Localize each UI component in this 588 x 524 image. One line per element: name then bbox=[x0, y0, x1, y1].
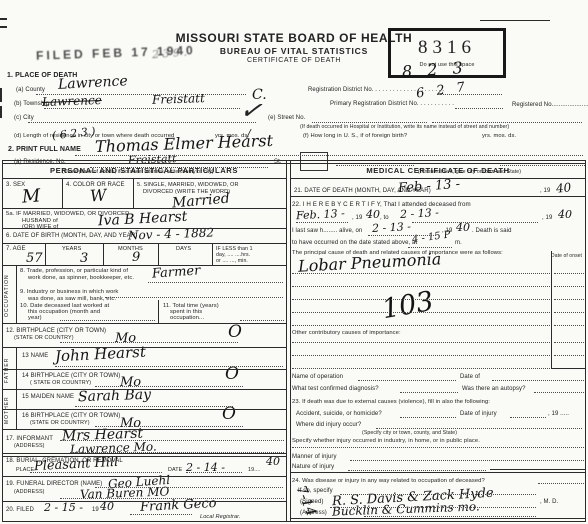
occupation-side-label: OCCUPATION bbox=[4, 272, 10, 320]
dotted-leader bbox=[432, 122, 582, 123]
dotted-leader bbox=[400, 392, 458, 393]
burial-year-value: 40 bbox=[266, 456, 280, 467]
dotted-leader bbox=[60, 440, 284, 441]
pencil-note: 2 3 9 . bbox=[152, 47, 188, 60]
mother-birthplace-label-2: (STATE OR COUNTRY) bbox=[30, 420, 90, 426]
rule-divider bbox=[551, 251, 552, 369]
dotted-leader bbox=[554, 312, 584, 313]
dotted-leader bbox=[44, 108, 240, 109]
dotted-leader bbox=[358, 380, 456, 381]
dotted-leader bbox=[350, 460, 584, 461]
dotted-leader bbox=[95, 386, 243, 387]
dotted-leader bbox=[60, 320, 155, 321]
from-year-label: , 19 bbox=[352, 215, 362, 222]
informant-address-label: (ADDRESS) bbox=[14, 443, 45, 449]
how-long-us-units: yrs. mos. ds. bbox=[482, 133, 516, 140]
full-name-value: Thomas Elmer Hearst bbox=[95, 133, 273, 155]
injury-date-label: Date of injury bbox=[460, 411, 497, 418]
rule-divider bbox=[2, 409, 287, 410]
violence-label: 23. If death was due to external causes … bbox=[292, 399, 490, 406]
primary-district-label: Primary Registration District No. . . . … bbox=[330, 101, 454, 108]
rule-divider bbox=[212, 243, 213, 265]
from-year-value: 40 bbox=[366, 209, 380, 220]
form-doc-type: CERTIFICATE OF DEATH bbox=[198, 57, 390, 65]
dotted-leader bbox=[130, 514, 192, 515]
time-of-death-value: 4 - 15 P bbox=[411, 230, 451, 245]
dotted-leader bbox=[148, 282, 283, 283]
dotted-leader bbox=[368, 235, 436, 236]
dotted-leader bbox=[364, 516, 536, 517]
rule-divider bbox=[585, 160, 586, 521]
dotted-leader bbox=[292, 447, 584, 448]
rule-divider bbox=[0, 26, 7, 28]
industry-label-2: was done, as saw mill, bank, etc. bbox=[28, 296, 116, 303]
rule-divider bbox=[2, 453, 287, 454]
dotted-leader bbox=[330, 507, 536, 508]
dotted-leader bbox=[186, 472, 242, 473]
how-long-us-label: (f) How long in U. S., if of foreign bir… bbox=[303, 133, 407, 140]
rule-divider bbox=[0, 106, 2, 118]
mother-maiden-value: Sarah Bay bbox=[78, 388, 151, 405]
rule-divider bbox=[2, 178, 287, 179]
attended-from-value: Feb. 13 - bbox=[296, 208, 345, 222]
dotted-leader bbox=[340, 494, 536, 495]
dotted-leader bbox=[292, 325, 550, 326]
m-label: m. bbox=[455, 240, 462, 247]
last-saw-label: I last saw h........ alive, on bbox=[292, 228, 362, 235]
rule-divider bbox=[286, 160, 287, 521]
age-days-label: DAYS bbox=[176, 246, 191, 253]
autopsy-label: Was there an autopsy? bbox=[462, 386, 526, 393]
rule-divider bbox=[16, 389, 17, 429]
death-said-label: . Death is said bbox=[472, 228, 512, 235]
rule-divider bbox=[16, 347, 17, 389]
funeral-director-address-label: (ADDRESS) bbox=[14, 489, 45, 495]
filed-date-value: 2 - 15 - bbox=[44, 502, 83, 513]
rule-divider bbox=[0, 18, 7, 20]
last-worked-label-3: year) bbox=[28, 315, 42, 322]
death-certificate-document: MISSOURI STATE BOARD OF HEALTH BUREAU OF… bbox=[0, 0, 588, 524]
rule-divider bbox=[2, 208, 287, 209]
dotted-leader bbox=[408, 247, 452, 248]
dotted-leader bbox=[30, 472, 162, 473]
dotted-leader bbox=[60, 498, 284, 499]
spouse-value: Iva B Hearst bbox=[98, 210, 188, 229]
dotted-leader bbox=[500, 165, 585, 166]
dotted-leader bbox=[36, 94, 246, 95]
dotted-leader bbox=[90, 167, 268, 168]
dotted-leader bbox=[440, 94, 502, 95]
hospital-note: (If death occurred in Hospital or Instit… bbox=[300, 124, 509, 130]
reg-district-value: 8 2 3 bbox=[402, 60, 469, 81]
mother-maiden-label: 15 MAIDEN NAME bbox=[22, 394, 74, 401]
dotted-leader bbox=[292, 286, 550, 287]
father-birthplace-label-2: ( STATE OR COUNTRY) bbox=[30, 380, 91, 386]
local-registrar-label: Local Registrar. bbox=[200, 514, 241, 521]
trade-value: Farmer bbox=[152, 264, 201, 280]
color-race-value: W bbox=[89, 187, 107, 204]
rule-divider bbox=[133, 178, 134, 208]
nature-of-injury-label: Nature of injury bbox=[292, 464, 334, 471]
dotted-leader bbox=[240, 320, 284, 321]
physician-address: Bucklin & Cummins mo. bbox=[332, 500, 480, 517]
accident-label: Accident, suicide, or homicide? bbox=[296, 411, 382, 418]
registered-no-label: Registered No...........................… bbox=[512, 102, 588, 109]
rule-divider bbox=[103, 243, 104, 265]
form-subtitle: BUREAU OF VITAL STATISTICS bbox=[178, 46, 410, 56]
dotted-leader bbox=[538, 483, 584, 484]
rule-divider bbox=[2, 369, 287, 370]
age-label: 7. AGE bbox=[6, 246, 26, 253]
to-year-value: 40 bbox=[558, 209, 572, 220]
dotted-leader bbox=[400, 417, 456, 418]
rule-divider bbox=[2, 160, 3, 521]
dotted-leader bbox=[554, 273, 584, 274]
burial-year-label: 19.... bbox=[248, 467, 261, 473]
primary-district-value: 6 2 7 bbox=[415, 80, 469, 100]
rule-divider bbox=[2, 521, 586, 522]
dotted-leader bbox=[60, 342, 238, 343]
attended-to-value: 2 - 13 - bbox=[400, 207, 439, 220]
rule-divider bbox=[2, 265, 287, 266]
dotted-leader bbox=[455, 108, 503, 109]
dotted-leader bbox=[510, 417, 546, 418]
street-no-label: (e) Street No. bbox=[268, 115, 305, 122]
rule-divider bbox=[158, 243, 159, 265]
manner-of-injury-label: Manner of injury bbox=[292, 454, 337, 461]
dotted-leader bbox=[292, 299, 550, 300]
rule-divider bbox=[2, 389, 287, 390]
dotted-leader bbox=[292, 355, 550, 356]
dotted-leader bbox=[70, 452, 284, 453]
mother-side-label: MOTHER bbox=[4, 392, 10, 428]
dotted-leader bbox=[75, 406, 233, 407]
rule-divider bbox=[2, 160, 586, 161]
related-occupation-label: 24. Was disease or injury in any way rel… bbox=[292, 478, 485, 485]
test-label: What test confirmed diagnosis? bbox=[292, 386, 379, 393]
dotted-leader bbox=[376, 428, 582, 429]
rule-divider bbox=[2, 163, 586, 164]
rule-divider bbox=[2, 228, 287, 229]
temperature-scrawl: 103 bbox=[380, 288, 435, 324]
rule-divider bbox=[2, 456, 287, 457]
dotted-leader bbox=[292, 312, 550, 313]
dotted-leader bbox=[292, 273, 550, 274]
dotted-leader bbox=[105, 297, 283, 298]
rule-divider bbox=[291, 472, 585, 473]
where-injury-label: Where did injury occur? bbox=[296, 422, 361, 429]
sex-value: M bbox=[21, 187, 41, 206]
date-of-death-year: 40 bbox=[555, 181, 571, 195]
age-years-label: YEARS bbox=[62, 246, 81, 253]
dotted-leader bbox=[292, 368, 550, 369]
registrar-signature: Frank Geco bbox=[140, 497, 217, 514]
dotted-leader bbox=[554, 342, 584, 343]
dotted-leader bbox=[55, 366, 283, 367]
dotted-leader bbox=[492, 380, 584, 381]
rule-divider bbox=[2, 323, 287, 324]
date-of-death-value: Feb - 13 - bbox=[398, 178, 461, 195]
dotted-leader bbox=[348, 470, 486, 471]
dotted-leader bbox=[312, 122, 427, 123]
rule-divider bbox=[62, 178, 63, 208]
rule-divider bbox=[290, 160, 291, 521]
trade-label: 8. Trade, profession, or particular kind… bbox=[20, 268, 128, 275]
rule-divider bbox=[551, 368, 585, 369]
marital-label: 5. SINGLE, MARRIED, WIDOWED, OR bbox=[137, 182, 239, 189]
full-name-label: 2. PRINT FULL NAME bbox=[8, 146, 81, 154]
rule-divider bbox=[291, 196, 585, 197]
county-value: Lawrence bbox=[58, 74, 128, 92]
dotted-leader bbox=[534, 392, 584, 393]
rule-divider bbox=[2, 429, 287, 430]
dotted-leader bbox=[75, 155, 583, 156]
contributory-label: Other contributory causes of importance: bbox=[292, 330, 401, 337]
rule-divider bbox=[290, 178, 586, 179]
burial-date-label: DATE bbox=[168, 467, 182, 473]
dotted-leader bbox=[554, 355, 584, 356]
birthplace-label-2: (STATE OR COUNTRY) bbox=[14, 335, 74, 341]
dotted-leader bbox=[95, 426, 243, 427]
rule-divider bbox=[490, 469, 585, 470]
industry-label: 9. Industry or business in which work bbox=[20, 289, 118, 296]
saw-year-value: 40 bbox=[456, 222, 470, 233]
rule-divider bbox=[291, 518, 585, 519]
age-years-value: 57 bbox=[26, 252, 43, 265]
filed-label: 20. FILED bbox=[6, 507, 34, 514]
injury-year-label: , 19 ..... bbox=[548, 411, 569, 418]
township-struck-value: Lawrence bbox=[42, 94, 102, 108]
date-of-onset-label: Date of onset bbox=[551, 253, 582, 259]
father-side-label: FATHER bbox=[4, 352, 10, 388]
specify-note: (Specify city or town, county, and State… bbox=[362, 430, 457, 436]
dotted-leader bbox=[554, 325, 584, 326]
burial-place-value: Pleasant Hill bbox=[34, 456, 119, 473]
rule-divider bbox=[158, 300, 159, 323]
dotted-leader bbox=[296, 222, 348, 223]
filed-year-value: 40 bbox=[100, 501, 114, 512]
age-months-value: 3 bbox=[80, 252, 88, 265]
rule-divider bbox=[45, 243, 46, 265]
dotted-leader bbox=[336, 165, 414, 166]
father-name-label: 13 NAME bbox=[22, 353, 48, 360]
dob-label: 6. DATE OF BIRTH (MONTH, DAY, AND YEAR) bbox=[6, 233, 137, 240]
right-section-header: MEDICAL CERTIFICATE OF DEATH bbox=[295, 166, 581, 175]
filed-year-label: 19 bbox=[92, 507, 99, 514]
age-less-label-3: or .... ..., min. bbox=[216, 258, 248, 264]
rule-divider bbox=[2, 347, 287, 348]
rule-divider bbox=[2, 476, 287, 477]
occurred-label: to have occurred on the date stated abov… bbox=[292, 240, 417, 247]
dotted-leader bbox=[554, 286, 584, 287]
rule-divider bbox=[2, 501, 287, 502]
industry-note: Specify whether injury occurred in indus… bbox=[292, 438, 480, 445]
dotted-leader bbox=[292, 342, 550, 343]
date-of-death-year-label: , 19 bbox=[540, 188, 550, 195]
rule-divider bbox=[480, 20, 550, 21]
age-days-value: 9 bbox=[132, 251, 140, 264]
operation-date-label: Date of bbox=[460, 374, 480, 381]
md-label: , M. D. bbox=[540, 499, 558, 506]
birthplace-flourish: O bbox=[228, 324, 242, 341]
dotted-leader bbox=[95, 487, 283, 488]
certificate-number: 8316 bbox=[391, 37, 503, 60]
trade-label-2: work done, as spinner, bookkeeper, etc. bbox=[28, 275, 134, 282]
rule-divider bbox=[0, 88, 2, 102]
total-time-label-3: occupation... bbox=[170, 315, 204, 322]
operation-label: Name of operation bbox=[292, 374, 343, 381]
last-saw-value: 2 - 13 - bbox=[372, 221, 411, 234]
dotted-leader bbox=[28, 122, 256, 123]
rule-divider bbox=[16, 265, 17, 323]
dotted-leader bbox=[554, 299, 584, 300]
dotted-leader bbox=[412, 222, 538, 223]
cause-of-death-value: Lobar Pneumonia bbox=[298, 251, 442, 274]
to-year-label: , 19 bbox=[542, 215, 552, 222]
